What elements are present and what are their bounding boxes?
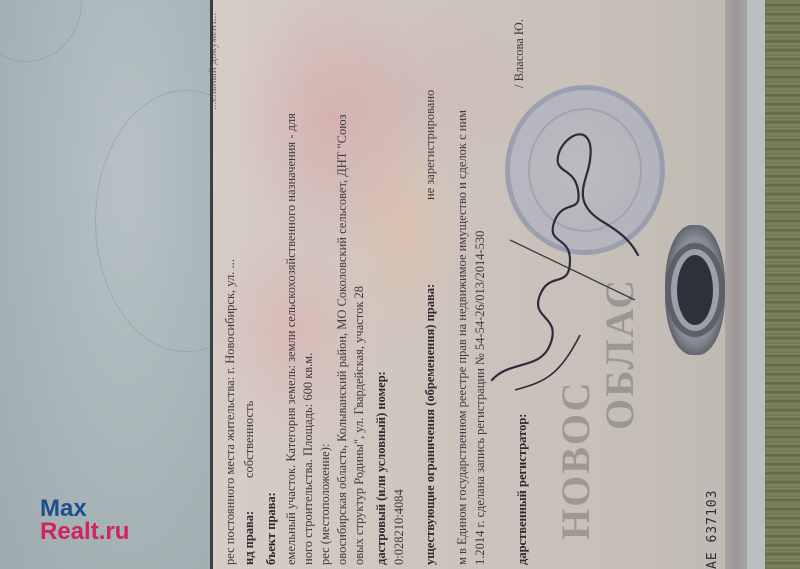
- stamp-text-line-2: ОБЛАС: [596, 278, 643, 430]
- location-label: рес (местоположение):: [319, 444, 332, 565]
- address-line: рес постоянного места жительства: г. Нов…: [224, 259, 237, 565]
- right-type-label: ид права:: [243, 511, 256, 565]
- certificate-serial-number: АЕ 637103: [705, 490, 720, 569]
- stamp-text-line-1: НОВОС: [552, 381, 599, 540]
- certificate-border-band: [725, 0, 749, 569]
- rosette-core: [677, 255, 713, 325]
- official-seal: [505, 85, 665, 255]
- registry-line-1: м в Едином государственном реестре прав …: [456, 110, 469, 565]
- encumbrance-value: не зарегистрировано: [424, 90, 437, 200]
- registrar-name: / Власова Ю.: [513, 19, 526, 88]
- location-line-2: овых структур Родины", ул. Гвардейская, …: [353, 286, 366, 565]
- encumbrance-label: уществующие ограничения (обременения) пр…: [424, 284, 437, 565]
- carpet-background: [765, 0, 800, 569]
- cadastral-number: 0:028210:4084: [393, 489, 406, 565]
- object-line-1: емельный участок. Категория земель: земл…: [285, 113, 298, 565]
- registry-line-2: 1.2014 г. сделана запись регистрации № 5…: [474, 231, 487, 565]
- watermark-max: Max: [40, 497, 129, 520]
- cadastral-label: дастровый (или условный) номер:: [375, 371, 388, 565]
- guilloche-rosette: [665, 225, 725, 355]
- seal-inner-ring: [528, 108, 642, 232]
- location-line-1: овосибирская область, Колыванский район,…: [336, 114, 349, 565]
- watermark-realt: Realt.ru: [40, 520, 129, 543]
- document-base-text: ...ельный документ...: [208, 13, 219, 110]
- right-type-value: собственность: [243, 401, 256, 478]
- maxrealt-watermark: Max Realt.ru: [40, 497, 129, 543]
- registrar-label: дарственный регистратор:: [516, 414, 529, 565]
- object-line-2: ного строительства. Площадь: 600 кв.м.: [302, 353, 315, 565]
- paper-margin: [747, 0, 765, 569]
- object-label: бъект права:: [265, 492, 278, 565]
